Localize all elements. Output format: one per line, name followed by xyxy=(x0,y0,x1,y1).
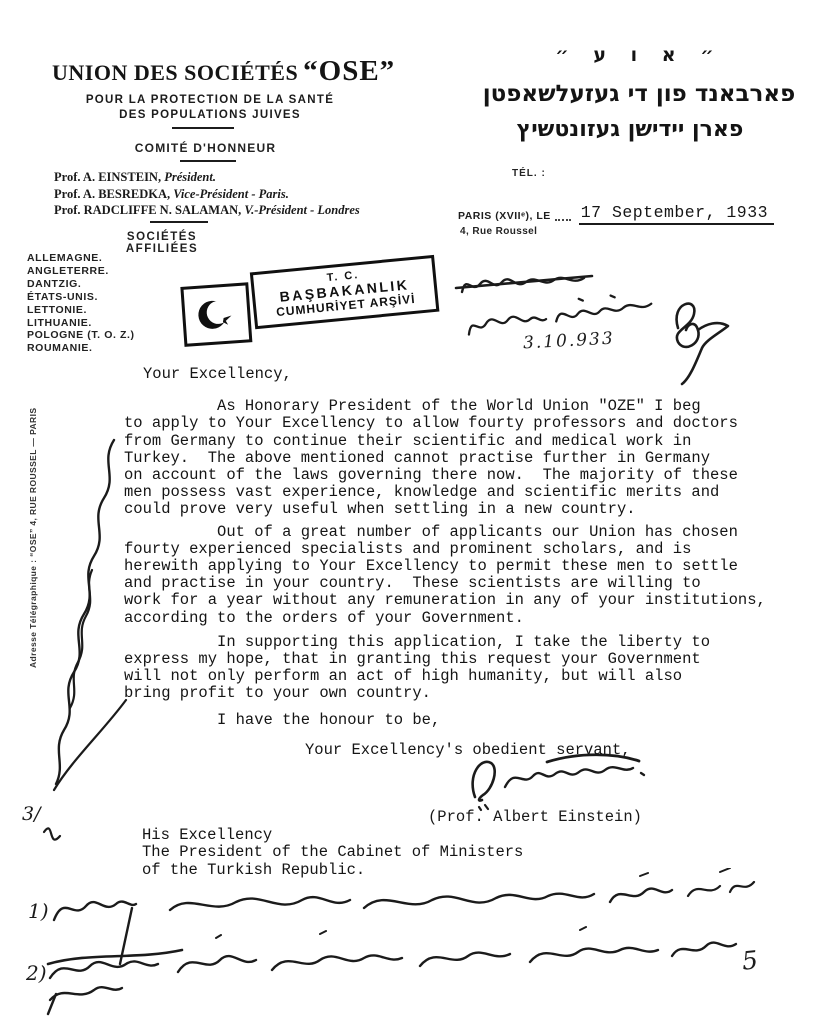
committee-member: Prof. RADCLIFFE N. SALAMAN, V.-Président… xyxy=(54,202,360,219)
crescent-star-icon xyxy=(180,282,252,347)
signature-caption: (Prof. Albert Einstein) xyxy=(428,808,642,826)
crescent-star-glyph xyxy=(189,290,244,340)
org-title-ose: “OSE” xyxy=(303,55,395,87)
org-title: UNION DES SOCIÉTÉS “OSE” xyxy=(52,55,452,88)
body-line: could prove very useful when settling in… xyxy=(124,501,804,518)
member-name: Prof. RADCLIFFE N. SALAMAN, xyxy=(54,203,244,217)
body-line: on account of the laws governing there n… xyxy=(124,467,804,484)
note1-marker: 1) xyxy=(28,899,49,923)
committee-member: Prof. A. EINSTEIN, Président. xyxy=(54,169,360,186)
committee-list: Prof. A. EINSTEIN, Président. Prof. A. B… xyxy=(54,169,360,219)
divider-rule xyxy=(172,127,234,129)
scanned-letter-page: UNION DES SOCIÉTÉS “OSE” POUR LA PROTECT… xyxy=(0,0,819,1024)
member-title: Vice-Président - Paris. xyxy=(173,187,289,201)
street-address: 4, Rue Roussel xyxy=(460,226,537,237)
org-subtitle-line2: DES POPULATIONS JUIVES xyxy=(52,108,368,123)
archive-stamp: T. C. BAŞBAKANLIK CUMHURİYET ARŞİVİ xyxy=(180,257,441,355)
yiddish-org-name-line2: פארן יידישן געזונטשיץ xyxy=(478,116,800,142)
body-line: In supporting this application, I take t… xyxy=(124,634,804,651)
org-subtitle-line1: POUR LA PROTECTION DE LA SANTÉ xyxy=(52,93,368,108)
committee-heading: COMITÉ D'HONNEUR xyxy=(128,141,283,155)
typed-date: 17 September, 1933 xyxy=(579,203,774,225)
yiddish-abbreviation: ״ א ו ע ״ xyxy=(478,44,800,66)
body-line: fourty experienced specialists and promi… xyxy=(124,541,804,558)
affiliate-item: LETTONIE. xyxy=(27,304,135,317)
body-line: Out of a great number of applicants our … xyxy=(124,524,804,541)
einstein-signature xyxy=(455,745,655,815)
note2-marker: 2) xyxy=(25,961,47,985)
body-line: from Germany to continue their scientifi… xyxy=(124,433,804,450)
letter-body: Your Excellency, As Honorary President o… xyxy=(124,366,804,759)
recipient-line: His Excellency xyxy=(142,827,523,844)
body-line: express my hope, that in granting this r… xyxy=(124,651,804,668)
margin-marker: 3/ xyxy=(22,803,42,825)
body-line: according to the orders of your Governme… xyxy=(124,610,804,627)
yiddish-header: ״ א ו ע ״ פארבאנד פון די געזעלשאפטן פארן… xyxy=(478,44,800,142)
body-line: Turkey. The above mentioned cannot pract… xyxy=(124,450,804,467)
dotted-lead-line xyxy=(555,219,571,221)
affiliate-item: ROUMANIE. xyxy=(27,342,135,355)
affiliates-list: ALLEMAGNE. ANGLETERRE. DANTZIG. ÉTATS-UN… xyxy=(27,252,135,355)
yiddish-org-name-line1: פארבאנד פון די געזעלשאפטן xyxy=(478,80,800,107)
member-title: V.-Président - Londres xyxy=(244,203,359,217)
body-line: bring profit to your own country. xyxy=(124,685,804,702)
affiliate-item: POLOGNE (T. O. Z.) xyxy=(27,329,135,342)
stamp-text: T. C. BAŞBAKANLIK CUMHURİYET ARŞİVİ xyxy=(250,255,439,329)
body-line: work for a year without any remuneration… xyxy=(124,592,804,609)
affiliate-item: ÉTATS-UNIS. xyxy=(27,291,135,304)
dateline: PARIS (XVIIᵉ), LE 17 September, 1933 xyxy=(458,203,774,225)
member-name: Prof. A. BESREDKA, xyxy=(54,187,173,201)
affiliate-item: ANGLETERRE. xyxy=(27,265,135,278)
paragraph-1: As Honorary President of the World Union… xyxy=(124,398,804,518)
page-number: 5 xyxy=(741,945,760,976)
member-title: Président. xyxy=(164,170,216,184)
paragraph-2: Out of a great number of applicants our … xyxy=(124,524,804,627)
body-line: herewith applying to Your Excellency to … xyxy=(124,558,804,575)
body-line: will not only perform an act of high hum… xyxy=(124,668,804,685)
affiliate-item: DANTZIG. xyxy=(27,278,135,291)
member-name: Prof. A. EINSTEIN, xyxy=(54,170,164,184)
committee-member: Prof. A. BESREDKA, Vice-Président - Pari… xyxy=(54,186,360,203)
affiliate-item: ALLEMAGNE. xyxy=(27,252,135,265)
recipient-line: The President of the Cabinet of Minister… xyxy=(142,844,523,861)
bottom-handwriting: 1) 2) xyxy=(20,868,802,1018)
divider-rule xyxy=(180,160,236,162)
handwritten-date-note: 3.10.933 xyxy=(523,329,616,354)
body-line: men possess vast experience, knowledge a… xyxy=(124,484,804,501)
salutation: Your Excellency, xyxy=(124,366,804,383)
divider-rule xyxy=(150,221,208,223)
org-title-text: UNION DES SOCIÉTÉS xyxy=(52,60,298,85)
affiliate-item: LITHUANIE. xyxy=(27,317,135,330)
closing-line: I have the honour to be, xyxy=(124,712,804,729)
body-line: and practise in your country. These scie… xyxy=(124,575,804,592)
city-label: PARIS (XVIIᵉ), LE xyxy=(458,210,551,225)
org-subtitle: POUR LA PROTECTION DE LA SANTÉ DES POPUL… xyxy=(52,93,368,123)
body-line: As Honorary President of the World Union… xyxy=(124,398,804,415)
paragraph-3: In supporting this application, I take t… xyxy=(124,634,804,703)
body-line: to apply to Your Excellency to allow fou… xyxy=(124,415,804,432)
telephone-label: TÉL. : xyxy=(512,168,546,179)
